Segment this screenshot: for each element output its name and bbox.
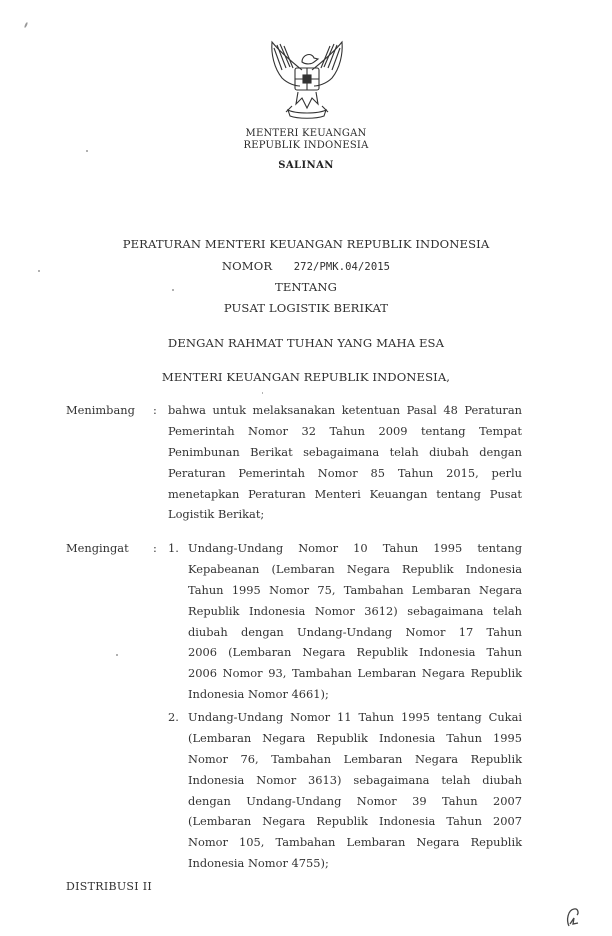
mengingat-item-number: 1. xyxy=(168,541,179,555)
ministry-name: MENTERI KEUANGAN xyxy=(0,128,612,139)
document-page: MENTERI KEUANGAN REPUBLIK INDONESIA SALI… xyxy=(0,0,612,936)
scan-speck xyxy=(262,392,263,394)
mengingat-item-1: Undang-Undang Nomor 10 Tahun 1995 tentan… xyxy=(188,538,522,705)
menimbang-label: Menimbang xyxy=(66,403,135,417)
tentang-label: TENTANG xyxy=(0,280,612,294)
menimbang-colon: : xyxy=(153,403,157,417)
nomor-label: NOMOR xyxy=(222,259,272,273)
scan-speck xyxy=(24,22,28,28)
mengingat-colon: : xyxy=(153,541,157,555)
salinan-stamp: SALINAN xyxy=(0,160,612,171)
regulation-number: NOMOR 272/PMK.04/2015 xyxy=(0,259,612,273)
republic-name: REPUBLIK INDONESIA xyxy=(0,140,612,151)
scan-speck xyxy=(38,270,40,272)
mengingat-item-2: Undang-Undang Nomor 11 Tahun 1995 tentan… xyxy=(188,707,522,874)
distribution-label: DISTRIBUSI II xyxy=(66,880,152,893)
nomor-value: 272/PMK.04/2015 xyxy=(294,261,390,273)
mengingat-label: Mengingat xyxy=(66,541,129,555)
handwritten-initial-icon xyxy=(564,906,582,928)
regulation-title: PERATURAN MENTERI KEUANGAN REPUBLIK INDO… xyxy=(0,237,612,251)
invocation: DENGAN RAHMAT TUHAN YANG MAHA ESA xyxy=(0,336,612,350)
regulation-subject: PUSAT LOGISTIK BERIKAT xyxy=(0,301,612,315)
scan-speck xyxy=(172,289,174,291)
scan-speck xyxy=(116,654,118,656)
scan-speck xyxy=(86,150,88,152)
menimbang-text: bahwa untuk melaksanakan ketentuan Pasal… xyxy=(168,400,522,525)
authority: MENTERI KEUANGAN REPUBLIK INDONESIA, xyxy=(0,370,612,384)
garuda-emblem-icon xyxy=(266,40,348,126)
mengingat-item-number: 2. xyxy=(168,710,179,724)
